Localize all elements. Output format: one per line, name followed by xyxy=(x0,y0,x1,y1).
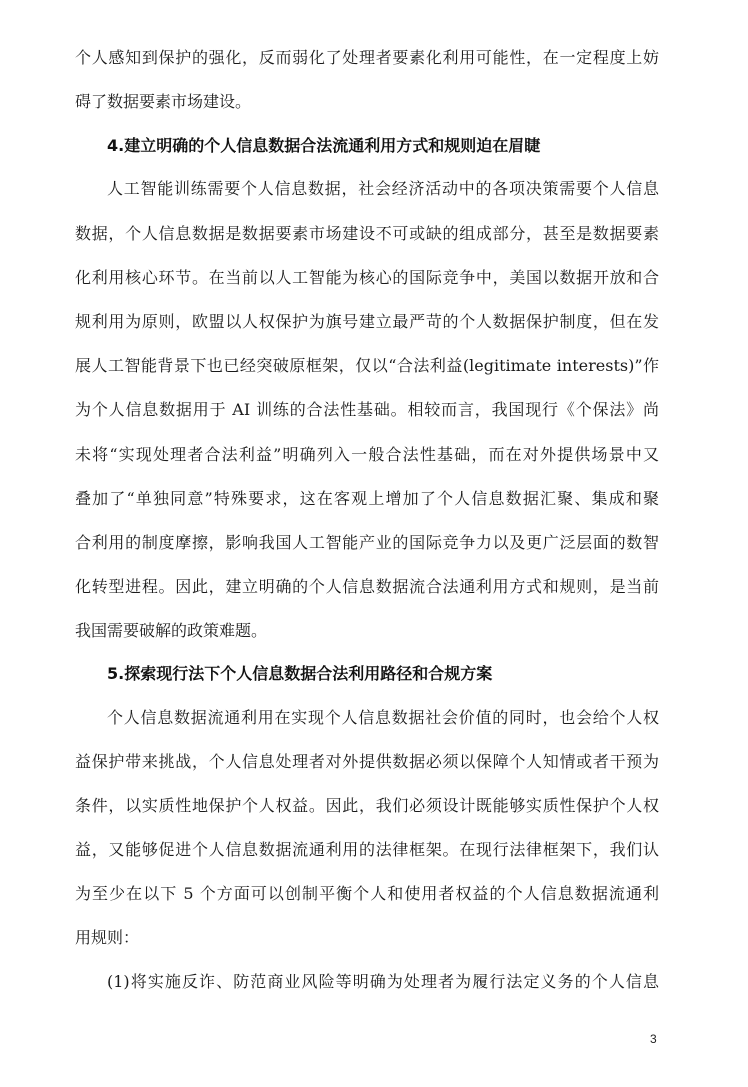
list-item-1: (1)将实施反诈、防范商业风险等明确为处理者为履行法定义务的个人信息 xyxy=(107,971,659,993)
paragraph-line: 益，又能够促进个人信息数据流通利用的法律框架。在现行法律框架下，我们认 xyxy=(75,839,659,861)
paragraph-line: 叠加了“单独同意”特殊要求，这在客观上增加了个人信息数据汇聚、集成和聚 xyxy=(75,488,659,510)
paragraph-line: 为至少在以下 5 个方面可以创制平衡个人和使用者权益的个人信息数据流通利 xyxy=(75,883,659,905)
paragraph-line: 展人工智能背景下也已经突破原框架，仅以“合法利益(legitimate inte… xyxy=(75,355,659,377)
paragraph-line: 用规则： xyxy=(75,927,659,949)
paragraph-line: 未将“实现处理者合法利益”明确列入一般合法性基础，而在对外提供场景中又 xyxy=(75,444,659,466)
paragraph-line: 为个人信息数据用于 AI 训练的合法性基础。相较而言，我国现行《个保法》尚 xyxy=(75,399,659,421)
paragraph-line: 个人信息数据流通利用在实现个人信息数据社会价值的同时，也会给个人权 xyxy=(107,707,659,729)
paragraph-line: 规利用为原则，欧盟以人权保护为旗号建立最严苛的个人数据保护制度，但在发 xyxy=(75,311,659,333)
paragraph-line: 个人感知到保护的强化，反而弱化了处理者要素化利用可能性，在一定程度上妨 xyxy=(75,47,659,69)
section-heading-5: 5.探索现行法下个人信息数据合法利用路径和合规方案 xyxy=(107,663,492,685)
paragraph-line: 数据，个人信息数据是数据要素市场建设不可或缺的组成部分，甚至是数据要素 xyxy=(75,223,659,245)
page-number: 3 xyxy=(650,1032,657,1046)
document-page: 个人感知到保护的强化，反而弱化了处理者要素化利用可能性，在一定程度上妨 碍了数据… xyxy=(0,0,748,1087)
paragraph-line: 化转型进程。因此，建立明确的个人信息数据流合法通利用方式和规则，是当前 xyxy=(75,576,659,598)
paragraph-line: 碍了数据要素市场建设。 xyxy=(75,91,659,113)
paragraph-line: 益保护带来挑战，个人信息处理者对外提供数据必须以保障个人知情或者干预为 xyxy=(75,751,659,773)
paragraph-line: 条件，以实质性地保护个人权益。因此，我们必须设计既能够实质性保护个人权 xyxy=(75,795,659,817)
paragraph-line: 我国需要破解的政策难题。 xyxy=(75,620,659,642)
paragraph-line: 人工智能训练需要个人信息数据，社会经济活动中的各项决策需要个人信息 xyxy=(107,178,659,200)
paragraph-line: 合利用的制度摩擦，影响我国人工智能产业的国际竞争力以及更广泛层面的数智 xyxy=(75,532,659,554)
section-heading-4: 4.建立明确的个人信息数据合法流通利用方式和规则迫在眉睫 xyxy=(107,135,540,157)
paragraph-line: 化利用核心环节。在当前以人工智能为核心的国际竞争中，美国以数据开放和合 xyxy=(75,267,659,289)
